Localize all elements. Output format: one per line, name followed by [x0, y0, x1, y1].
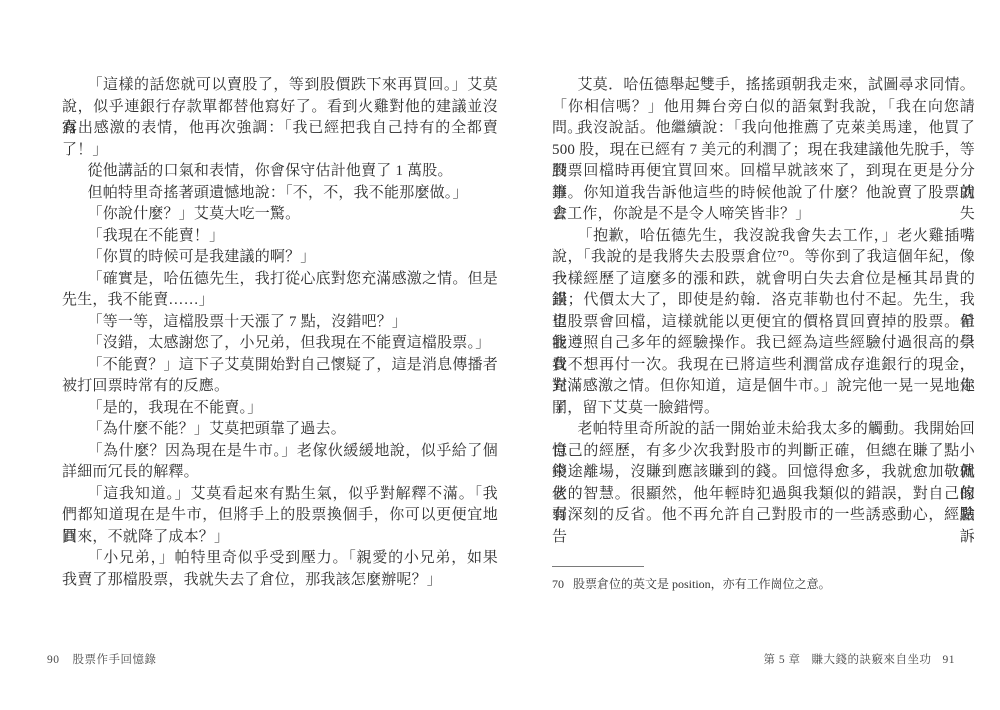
- left-page-text: 「這樣的話您就可以賣股了，等到股價跌下來再買回。」艾莫說，似乎連銀行存款單都替他…: [62, 75, 498, 591]
- right-page-text: 艾莫．哈伍德舉起雙手，搖搖頭朝我走來，試圖尋求同情。「你相信嗎？」他用舞台旁白似…: [552, 75, 975, 527]
- text-line: 被打回票時常有的反應。: [62, 376, 498, 398]
- right-page-number: 91: [943, 654, 956, 666]
- text-line: 回來，不就降了成本？」: [62, 527, 498, 549]
- text-line: 但帕特里奇搖著頭遺憾地說：「不，不，我不能那麼做。」: [62, 183, 498, 205]
- book-spread: 「這樣的話您就可以賣股了，等到股價跌下來再買回。」艾莫說，似乎連銀行存款單都替他…: [0, 0, 1000, 710]
- text-line: 「我現在不能賣！」: [62, 226, 498, 248]
- text-line: 誤；代價太大了，即使是約翰．洛克菲勒也付不起。先生，我也希: [552, 290, 975, 312]
- text-line: 「沒錯，太感謝您了，小兄弟，但我現在不能賣這檔股票。」: [62, 333, 498, 355]
- footnote: 70股票倉位的英文是 position，亦有工作崗位之意。: [552, 566, 975, 593]
- text-line: 「為什麼不能？」艾莫把頭靠了過去。: [62, 419, 498, 441]
- text-line: 老帕特里奇所說的話一開始並未給我太多的觸動。我開始回憶: [552, 419, 975, 441]
- text-line: 詳細而冗長的解釋。: [62, 462, 498, 484]
- text-line: 我不想再付一次。我現在已將這些利潤當成存進銀行的現金，對你: [552, 355, 975, 377]
- text-line: 「你說什麼？」艾莫大吃一驚。: [62, 204, 498, 226]
- left-page-footer: 90股票作手回憶錄: [47, 651, 157, 667]
- text-line: 股票回檔時再便宜買回來。回檔早就該來了，到現在更是分分鐘的: [552, 161, 975, 183]
- text-line: 「抱歉，哈伍德先生，我沒說我會失去工作，」老火雞插嘴: [552, 226, 975, 248]
- text-line: 「這我知道。」艾莫看起來有點生氣，似乎對解釋不滿。「我: [62, 484, 498, 506]
- text-line: 「等一等，這檔股票十天漲了 7 點，沒錯吧？」: [62, 312, 498, 334]
- book-running-title: 股票作手回憶錄: [73, 654, 157, 666]
- footnote-text: 70股票倉位的英文是 position，亦有工作崗位之意。: [552, 576, 975, 593]
- text-line: 我沒說話。他繼續說：「我向他推薦了克萊美馬達，他買了: [552, 118, 975, 140]
- right-page-footer: 第 5 章賺大錢的訣竅來自坐功91: [764, 651, 956, 667]
- left-page-number: 90: [47, 654, 60, 666]
- text-line: 有深刻的反省。他不再允許自己對股市的一些誘惑動心，經驗告訴: [552, 505, 975, 527]
- footnote-divider: [552, 566, 644, 567]
- text-line: 充滿感激之情。但你知道，這是個牛市。」說完他一晃一晃地走開: [552, 376, 975, 398]
- text-line: 中途離場，沒賺到應該賺到的錢。回憶得愈多，我就愈加敬佩老傢: [552, 462, 975, 484]
- text-line: 我賣了那檔股票，我就失去了倉位，那我該怎麼辦呢？」: [62, 570, 498, 592]
- text-line: 「你買的時候可是我建議的啊？」: [62, 247, 498, 269]
- text-line: 從他講話的口氣和表情，你會保守估計他賣了 1 萬股。: [62, 161, 498, 183]
- footnote-body: 股票倉位的英文是 position，亦有工作崗位之意。: [573, 577, 831, 591]
- text-line: 說，似乎連銀行存款單都替他寫好了。看到火雞對他的建議並沒有: [62, 97, 498, 119]
- text-line: 一樣經歷了這麼多的漲和跌，就會明白失去倉位是極其昂貴的錯: [552, 269, 975, 291]
- text-line: 事。你知道我告訴他這些的時候他說了什麼？他說賣了股票就會失: [552, 183, 975, 205]
- text-line: 能遵照自己多年的經驗操作。我已經為這些經驗付過很高的學費，: [552, 333, 975, 355]
- text-line: 「是的，我現在不能賣。」: [62, 398, 498, 420]
- text-line: 「確實是，哈伍德先生，我打從心底對您充滿感激之情。但是: [62, 269, 498, 291]
- text-line: 「為什麼？因為現在是牛市。」老傢伙緩緩地說，似乎給了個: [62, 441, 498, 463]
- text-line: 先生，我不能賣……」: [62, 290, 498, 312]
- text-line: 自己的經歷，有多少次我對股市的判斷正確，但總在賺了點小錢就: [552, 441, 975, 463]
- footnote-number: 70: [552, 577, 564, 591]
- text-line: 伙的智慧。很顯然，他年輕時犯過與我類似的錯誤，對自己的弱點: [552, 484, 975, 506]
- text-line: 「小兄弟，」帕特里奇似乎受到壓力。「親愛的小兄弟，如果: [62, 548, 498, 570]
- text-line: 500 股，現在已經有 7 美元的利潤了；現在我建議他先脫手，等到: [552, 140, 975, 162]
- text-line: 們都知道現在是牛市，但將手上的股票換個手，你可以更便宜地買: [62, 505, 498, 527]
- text-line: 了，留下艾莫一臉錯愕。: [552, 398, 975, 420]
- text-line: 「這樣的話您就可以賣股了，等到股價跌下來再買回。」艾莫: [62, 75, 498, 97]
- text-line: 露出感激的表情，他再次強調：「我已經把我自己持有的全都賣: [62, 118, 498, 140]
- chapter-number: 第 5 章: [764, 654, 801, 666]
- text-line: 「不能賣？」這下子艾莫開始對自己懷疑了，這是消息傳播者: [62, 355, 498, 377]
- text-line: 望股票會回檔，這樣就能以更便宜的價格買回賣掉的股票。但我只: [552, 312, 975, 334]
- text-line: 「你相信嗎？」他用舞台旁白似的語氣對我說，「我在向您請問。」: [552, 97, 975, 119]
- text-line: 說，「我說的是我將失去股票倉位⁷⁰。等你到了我這個年紀，像我: [552, 247, 975, 269]
- chapter-title: 賺大錢的訣竅來自坐功: [812, 654, 932, 666]
- text-line: 艾莫．哈伍德舉起雙手，搖搖頭朝我走來，試圖尋求同情。: [552, 75, 975, 97]
- text-line: 了！」: [62, 140, 498, 162]
